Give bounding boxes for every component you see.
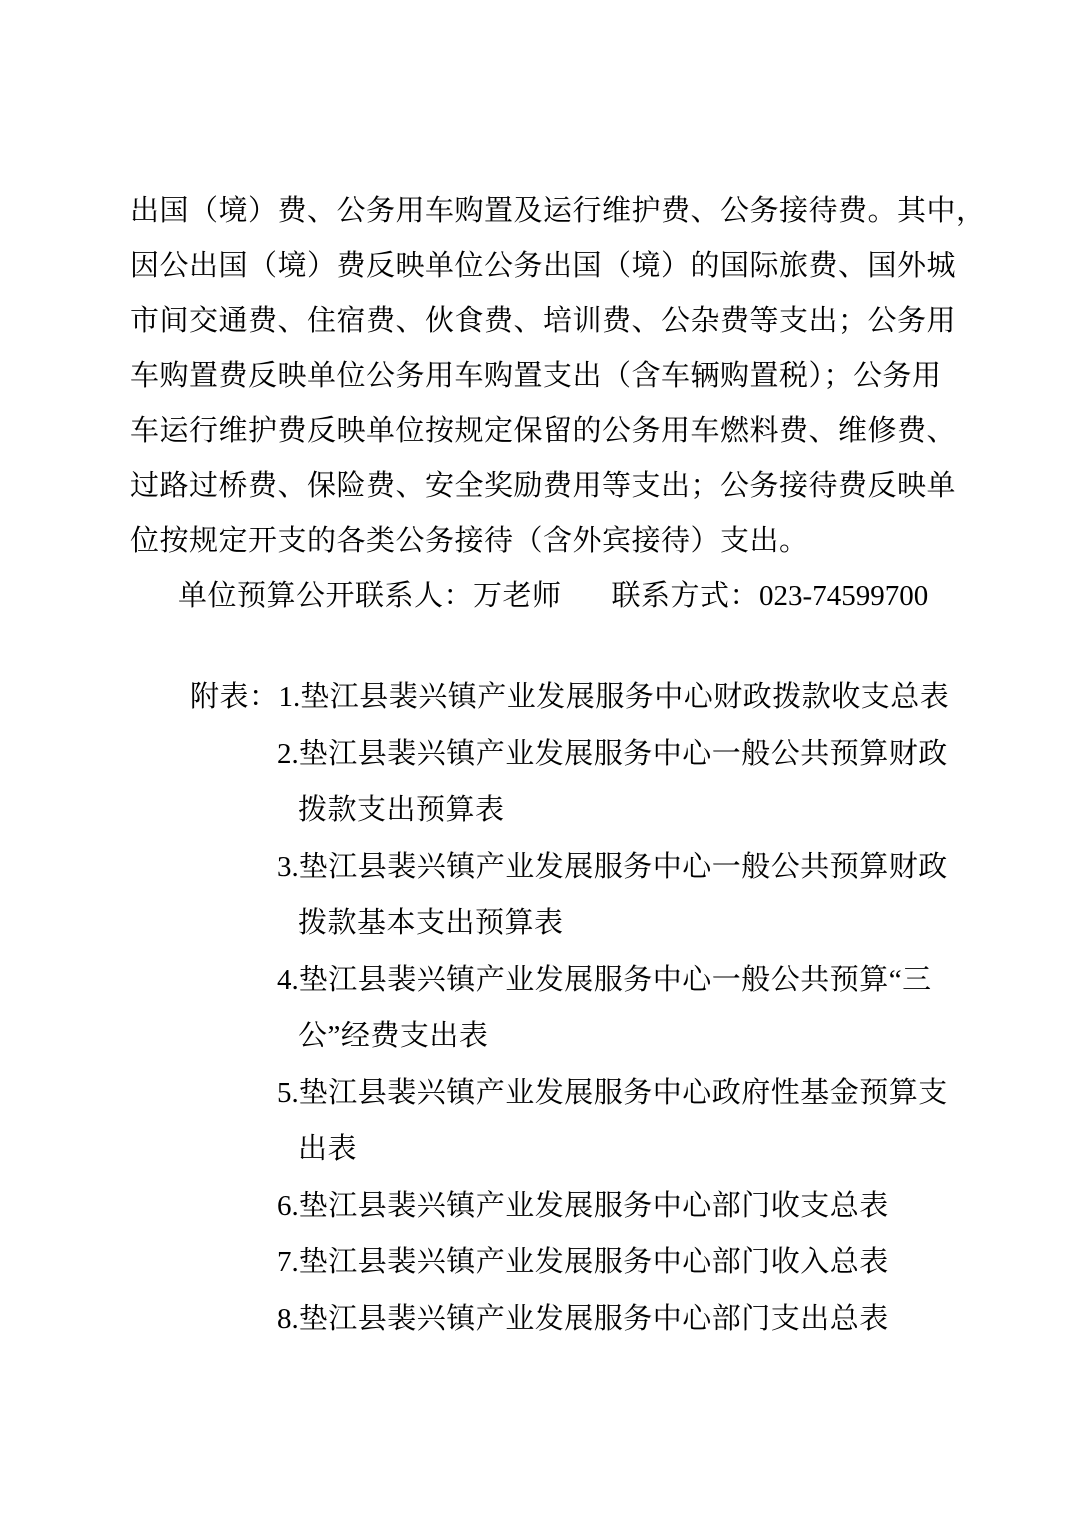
attachment-item-4-continuation: 公”经费支出表 — [190, 1008, 1000, 1065]
attachment-item-5-continuation: 出表 — [190, 1121, 1000, 1178]
attachment-number: 3. — [277, 851, 299, 883]
attachment-title: 垫江县裴兴镇产业发展服务中心一般公共预算“三 — [299, 964, 932, 996]
attachment-number: 6. — [277, 1190, 299, 1222]
paragraph-line: 车运行维护费反映单位按规定保留的公务用车燃料费、维修费、 — [130, 404, 980, 459]
attachment-number: 4. — [277, 964, 299, 996]
attachment-item-4: 4.垫江县裴兴镇产业发展服务中心一般公共预算“三 — [190, 952, 1000, 1009]
attachment-item-6: 6.垫江县裴兴镇产业发展服务中心部门收支总表 — [190, 1178, 1000, 1235]
attachment-title: 垫江县裴兴镇产业发展服务中心部门支出总表 — [299, 1303, 889, 1335]
attachment-title: 垫江县裴兴镇产业发展服务中心政府性基金预算支 — [299, 1077, 948, 1109]
attachment-list-label: 附表： — [190, 681, 279, 713]
attachment-number: 8. — [277, 1303, 299, 1335]
paragraph-line: 过路过桥费、保险费、安全奖励费用等支出；公务接待费反映单 — [130, 459, 980, 514]
paragraph-line: 因公出国（境）费反映单位公务出国（境）的国际旅费、国外城 — [130, 239, 980, 294]
contact-person-label: 单位预算公开联系人： — [178, 580, 473, 612]
attachment-title: 垫江县裴兴镇产业发展服务中心一般公共预算财政 — [299, 851, 948, 883]
paragraph-line: 位按规定开支的各类公务接待（含外宾接待）支出。 — [130, 514, 980, 569]
attachment-item-2: 2.垫江县裴兴镇产业发展服务中心一般公共预算财政 — [190, 726, 1000, 783]
paragraph-line: 车购置费反映单位公务用车购置支出（含车辆购置税）；公务用 — [130, 349, 980, 404]
attachment-item-1: 附表：1.垫江县裴兴镇产业发展服务中心财政拨款收支总表 — [190, 669, 1000, 726]
body-paragraph: 出国（境）费、公务用车购置及运行维护费、公务接待费。其中， 因公出国（境）费反映… — [130, 184, 980, 624]
attachment-title: 垫江县裴兴镇产业发展服务中心财政拨款收支总表 — [300, 681, 949, 713]
attachment-item-5: 5.垫江县裴兴镇产业发展服务中心政府性基金预算支 — [190, 1065, 1000, 1122]
attachment-item-2-continuation: 拨款支出预算表 — [190, 782, 1000, 839]
contact-method-label: 联系方式： — [612, 580, 760, 612]
paragraph-line: 市间交通费、住宿费、伙食费、培训费、公杂费等支出；公务用 — [130, 294, 980, 349]
attachment-title: 垫江县裴兴镇产业发展服务中心一般公共预算财政 — [299, 738, 948, 770]
attachment-number: 1. — [279, 681, 301, 713]
attachment-list: 附表：1.垫江县裴兴镇产业发展服务中心财政拨款收支总表 2.垫江县裴兴镇产业发展… — [190, 669, 1000, 1347]
paragraph-line: 出国（境）费、公务用车购置及运行维护费、公务接待费。其中， — [130, 184, 980, 239]
attachment-title: 垫江县裴兴镇产业发展服务中心部门收支总表 — [299, 1190, 889, 1222]
attachment-title: 垫江县裴兴镇产业发展服务中心部门收入总表 — [299, 1246, 889, 1278]
contact-person-name: 万老师 — [473, 580, 562, 612]
attachment-number: 5. — [277, 1077, 299, 1109]
attachment-number: 7. — [277, 1246, 299, 1278]
document-page: 出国（境）费、公务用车购置及运行维护费、公务接待费。其中， 因公出国（境）费反映… — [0, 0, 1074, 1520]
contact-line: 单位预算公开联系人：万老师联系方式：023-74599700 — [130, 569, 980, 624]
attachment-item-8: 8.垫江县裴兴镇产业发展服务中心部门支出总表 — [190, 1291, 1000, 1348]
attachment-item-3: 3.垫江县裴兴镇产业发展服务中心一般公共预算财政 — [190, 839, 1000, 896]
attachment-number: 2. — [277, 738, 299, 770]
attachment-item-7: 7.垫江县裴兴镇产业发展服务中心部门收入总表 — [190, 1234, 1000, 1291]
attachment-item-3-continuation: 拨款基本支出预算表 — [190, 895, 1000, 952]
contact-phone-number: 023-74599700 — [759, 580, 928, 612]
